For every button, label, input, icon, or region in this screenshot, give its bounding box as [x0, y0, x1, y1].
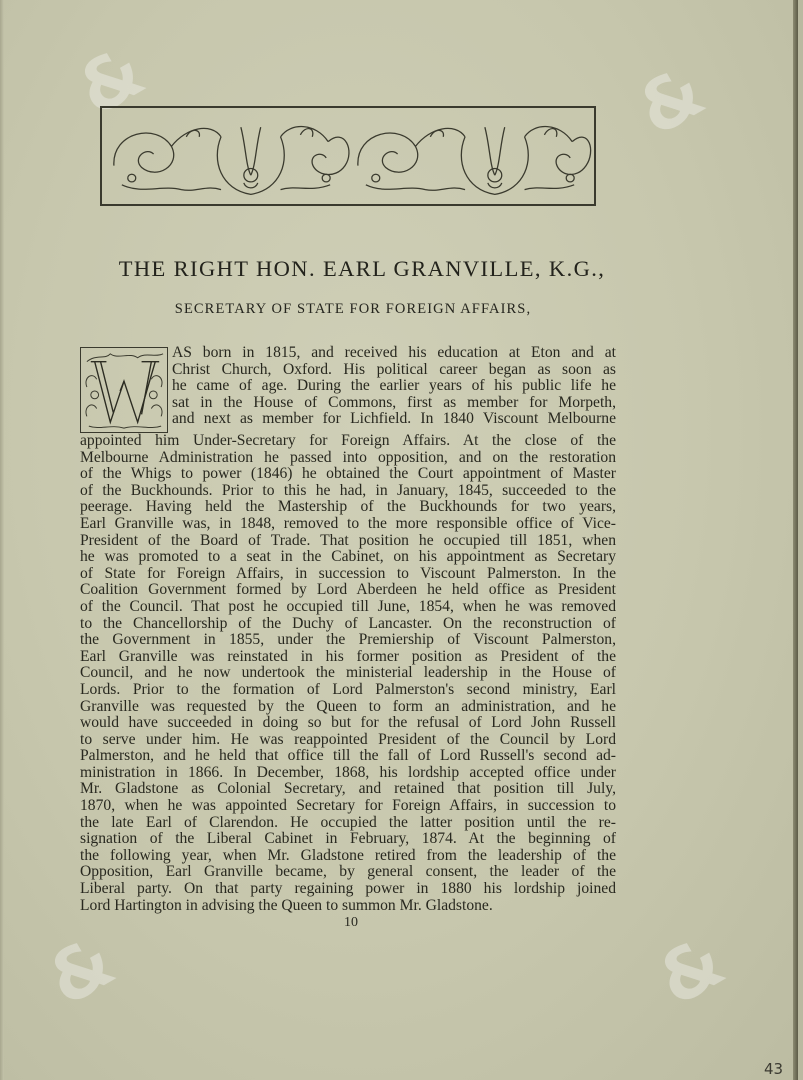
- text-line: Palmerston, and he held that office till…: [80, 748, 616, 765]
- text-line: President of the Board of Trade. That po…: [80, 533, 616, 550]
- text-line: of State for Foreign Affairs, in success…: [80, 566, 616, 583]
- text-line: Melbourne Administration he passed into …: [80, 450, 616, 467]
- text-line: would have succeeded in doing so but for…: [80, 715, 616, 732]
- drop-cap-initial: [80, 347, 168, 433]
- text-line: Council, and he now undertook the minist…: [80, 665, 616, 682]
- text-line: Granville was requested by the Queen to …: [80, 699, 616, 716]
- decorated-initial-w-icon: [81, 348, 167, 432]
- text-line: of the Council. That post he occupied ti…: [80, 599, 616, 616]
- scrollwork-ornament-icon: [102, 108, 594, 204]
- text-line: appointed him Under-Secretary for Foreig…: [80, 433, 616, 450]
- text-line: the following year, when Mr. Gladstone r…: [80, 848, 616, 865]
- ornamental-header-banner: [100, 106, 596, 206]
- text-line: Lords. Prior to the formation of Lord Pa…: [80, 682, 616, 699]
- text-line: he was promoted to a seat in the Cabinet…: [80, 549, 616, 566]
- text-line: Lord Hartington in advising the Queen to…: [80, 898, 616, 915]
- handwritten-folio-number: 43: [764, 1060, 783, 1078]
- book-page: & & & &: [0, 0, 798, 1080]
- watermark-icon: &: [644, 920, 738, 1022]
- text-line: signation of the Liberal Cabinet in Febr…: [80, 831, 616, 848]
- text-line: of the Whigs to power (1846) he obtained…: [80, 466, 616, 483]
- text-line: 1870, when he was appointed Secretary fo…: [80, 798, 616, 815]
- page-number: 10: [0, 915, 701, 931]
- text-line: of the Buckhounds. Prior to this he had,…: [80, 483, 616, 500]
- text-line: the Government in 1855, under the Premie…: [80, 632, 616, 649]
- page-subtitle: SECRETARY OF STATE FOR FOREIGN AFFAIRS,: [0, 301, 703, 318]
- watermark-icon: &: [624, 50, 718, 152]
- biography-text: AS born in 1815, and received his educat…: [80, 345, 616, 914]
- text-line: Liberal party. On that party regaining p…: [80, 881, 616, 898]
- text-line: the late Earl of Clarendon. He occupied …: [80, 815, 616, 832]
- page-right-edge-shadow: [793, 0, 798, 1080]
- text-line: Earl Granville was reinstated in his for…: [80, 649, 616, 666]
- text-line: to the Chancellorship of the Duchy of La…: [80, 616, 616, 633]
- text-line: Coalition Government formed by Lord Aber…: [80, 582, 616, 599]
- text-line: to serve under him. He was reappointed P…: [80, 732, 616, 749]
- text-line: Earl Granville was, in 1848, removed to …: [80, 516, 616, 533]
- page-title: THE RIGHT HON. EARL GRANVILLE, K.G.,: [0, 256, 712, 282]
- watermark-icon: &: [34, 920, 128, 1022]
- text-line: Opposition, Earl Granville became, by ge…: [80, 864, 616, 881]
- text-line: Mr. Gladstone as Colonial Secretary, and…: [80, 781, 616, 798]
- text-line: ministration in 1866. In December, 1868,…: [80, 765, 616, 782]
- text-line: peerage. Having held the Mastership of t…: [80, 499, 616, 516]
